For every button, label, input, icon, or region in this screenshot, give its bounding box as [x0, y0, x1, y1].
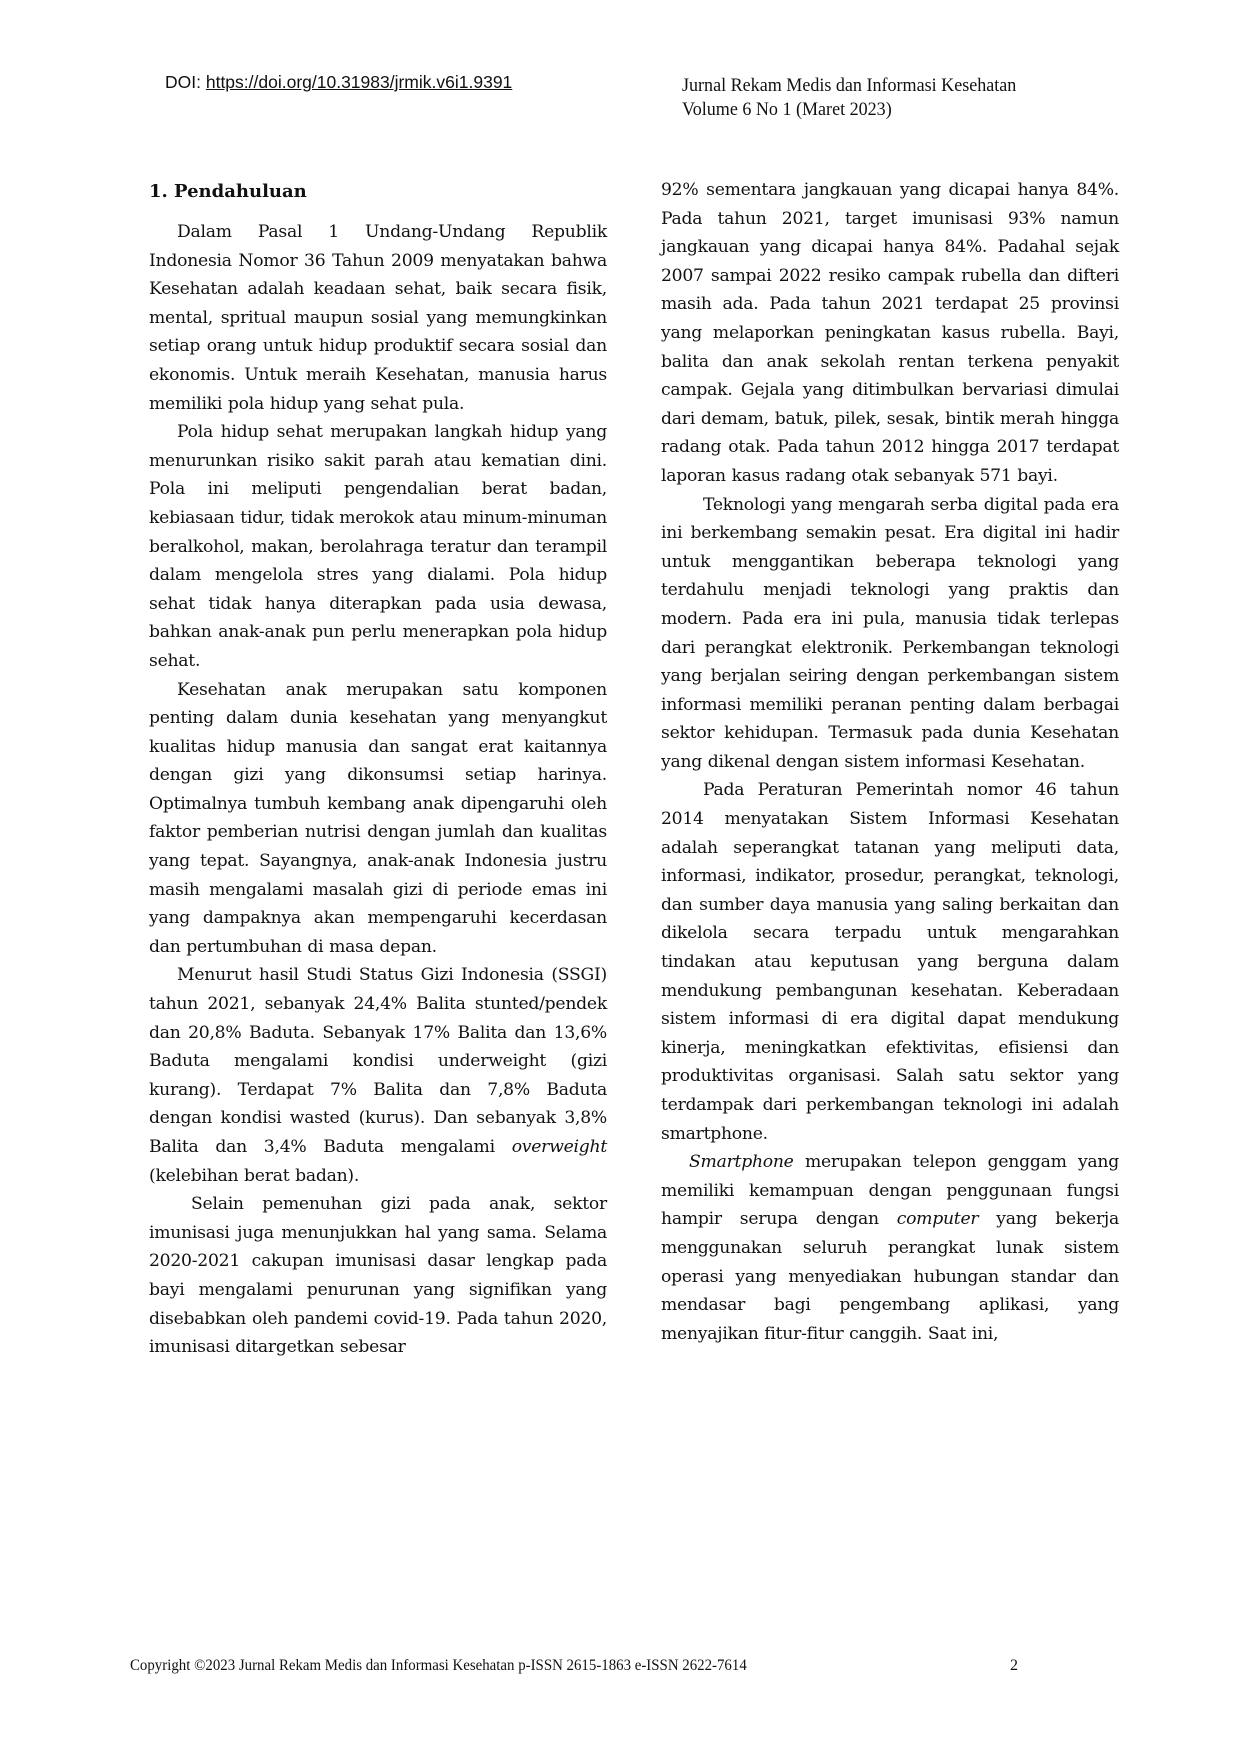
left-column: 1. Pendahuluan Dalam Pasal 1 Undang-Unda…	[149, 178, 607, 1362]
doi-header: DOI: https://doi.org/10.31983/jrmik.v6i1…	[165, 72, 512, 93]
doi-link[interactable]: https://doi.org/10.31983/jrmik.v6i1.9391	[206, 72, 512, 92]
paragraph-ssgi: Menurut hasil Studi Status Gizi Indonesi…	[149, 961, 607, 1190]
section-title: 1. Pendahuluan	[149, 178, 607, 206]
paragraph-peraturan: Pada Peraturan Pemerintah nomor 46 tahun…	[661, 776, 1119, 1148]
paragraph-kesehatan-anak: Kesehatan anak merupakan satu komponen p…	[149, 676, 607, 962]
paragraph-smartphone: Smartphone merupakan telepon genggam yan…	[661, 1148, 1119, 1348]
paragraph-imunisasi: Selain pemenuhan gizi pada anak, sektor …	[149, 1190, 607, 1362]
journal-name: Jurnal Rekam Medis dan Informasi Kesehat…	[682, 74, 1016, 98]
page-number: 2	[1010, 1657, 1018, 1675]
smartphone-text-2: yang bekerja menggunakan seluruh perangk…	[661, 1209, 1119, 1343]
smartphone-italic: Smartphone	[689, 1152, 794, 1172]
paragraph-pasal: Dalam Pasal 1 Undang-Undang Republik Ind…	[149, 218, 607, 418]
paragraph-pola-hidup: Pola hidup sehat merupakan langkah hidup…	[149, 418, 607, 675]
ssgi-italic-overweight: overweight	[512, 1137, 607, 1157]
journal-header: Jurnal Rekam Medis dan Informasi Kesehat…	[682, 74, 1016, 122]
paragraph-imunisasi-continued: 92% sementara jangkauan yang dicapai han…	[661, 176, 1119, 491]
right-column: 92% sementara jangkauan yang dicapai han…	[661, 176, 1119, 1348]
footer-copyright: Copyright ©2023 Jurnal Rekam Medis dan I…	[130, 1657, 747, 1675]
ssgi-text-1: Menurut hasil Studi Status Gizi Indonesi…	[149, 965, 607, 1157]
doi-label: DOI:	[165, 72, 206, 92]
ssgi-text-2: (kelebihan berat badan).	[149, 1166, 359, 1186]
journal-volume: Volume 6 No 1 (Maret 2023)	[682, 98, 1016, 122]
computer-italic: computer	[897, 1209, 979, 1229]
paragraph-teknologi: Teknologi yang mengarah serba digital pa…	[661, 491, 1119, 777]
